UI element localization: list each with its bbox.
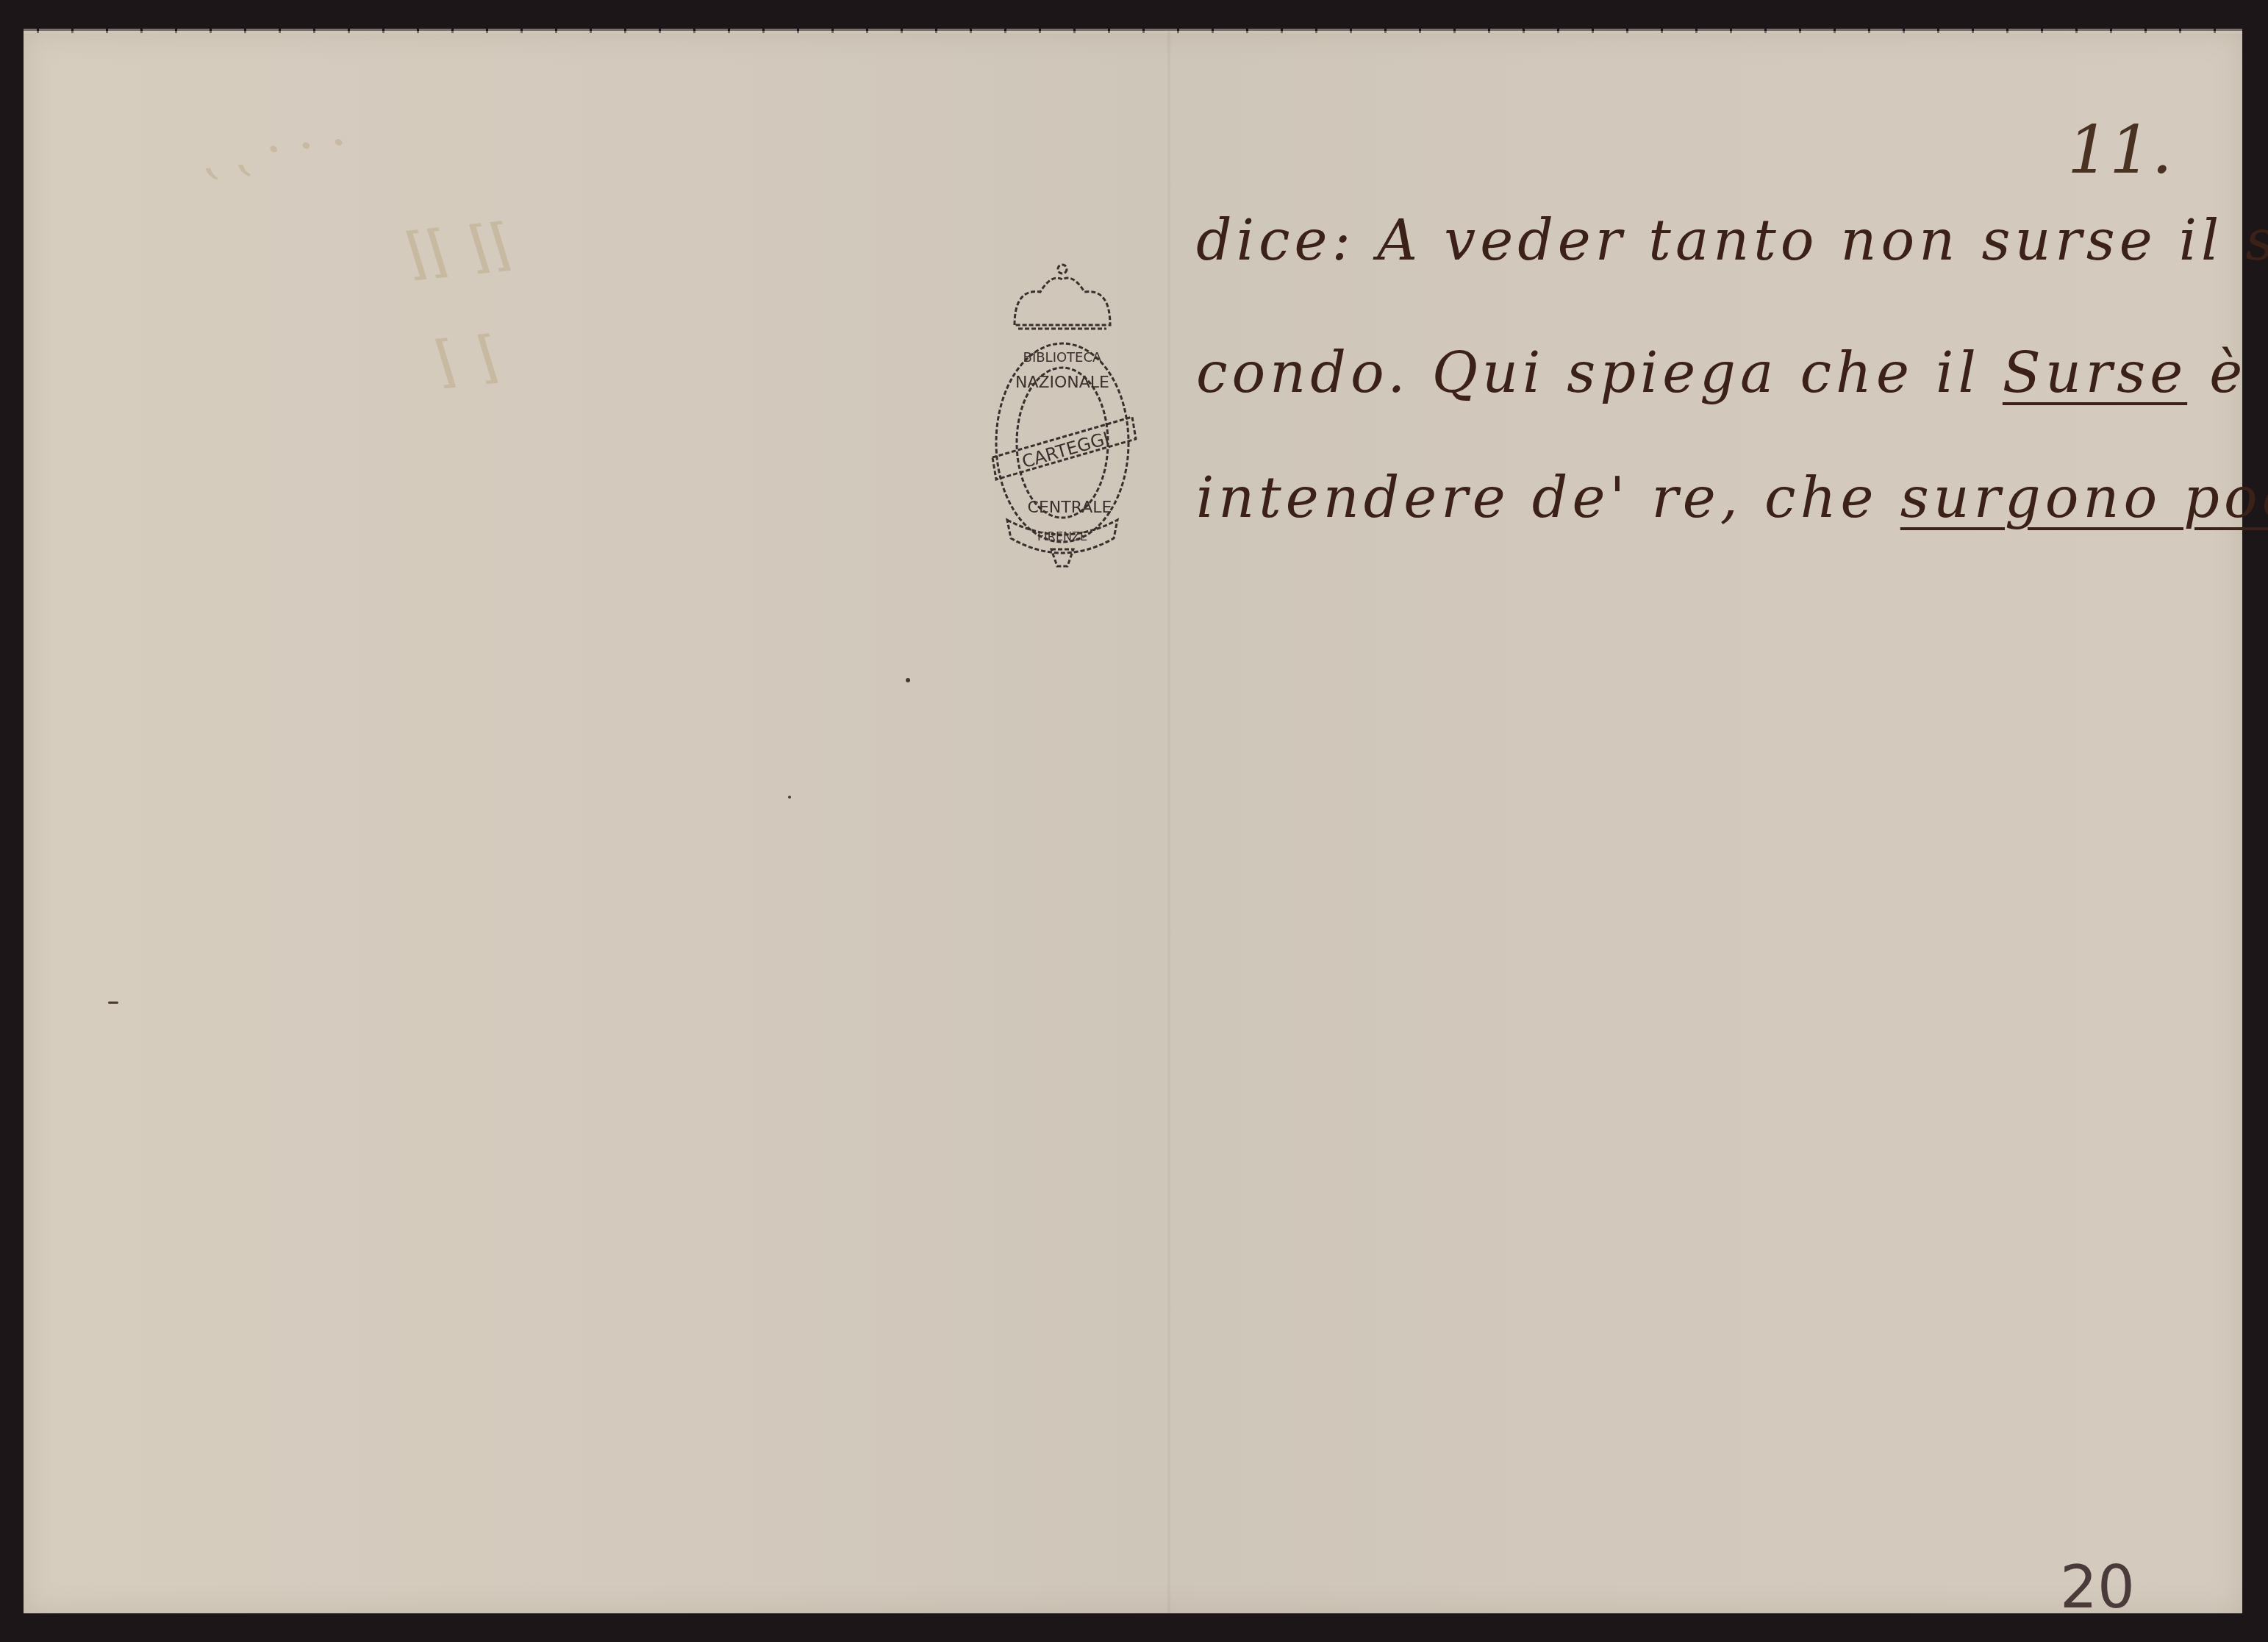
svg-text:CENTRALE: CENTRALE <box>1028 499 1112 517</box>
svg-text:BIBLIOTECA: BIBLIOTECA <box>1023 350 1102 365</box>
svg-text:FIRENZE: FIRENZE <box>1037 529 1087 543</box>
paper-speck <box>108 1002 118 1004</box>
library-stamp: BIBLIOTECA NAZIONALE CARTEGGI CENTRALE F… <box>985 259 1140 568</box>
text-segment: condo. Qui spiega che il <box>1196 340 2003 405</box>
text-line-3: intendere de' re, che surgono poco. <box>1196 465 2268 530</box>
text-segment: intendere de' re, che <box>1196 465 1900 530</box>
text-segment: è a <box>2187 340 2268 405</box>
text-line-2: condo. Qui spiega che il Surse è a <box>1196 340 2268 405</box>
underlined-word: Surse <box>2003 340 2187 405</box>
bleed-through-ink: ll ll <box>402 210 515 297</box>
folio-number-top: 11. <box>2067 112 2172 189</box>
text-line-1: dice: A veder tanto non surse il se= <box>1196 207 2268 273</box>
center-fold <box>1167 31 1171 1613</box>
text-segment: dice: <box>1196 207 1377 273</box>
underlined-phrase: surgono poco <box>1900 465 2268 530</box>
crown-icon: BIBLIOTECA NAZIONALE CARTEGGI CENTRALE F… <box>985 259 1140 568</box>
bleed-through-ink: l l <box>432 322 503 405</box>
paper-speck <box>788 796 791 799</box>
manuscript-page: · · · , , ll ll l l BIBLIOTECA NAZIONALE… <box>24 31 2242 1613</box>
svg-text:CARTEGGI: CARTEGGI <box>1020 428 1112 473</box>
bleed-through-ink: · · · , , <box>197 112 350 187</box>
paper-speck <box>906 678 910 682</box>
folio-number-bottom: 20 <box>2060 1553 2135 1621</box>
text-segment: A veder tanto non surse il se= <box>1377 207 2268 273</box>
svg-text:NAZIONALE: NAZIONALE <box>1015 374 1109 392</box>
